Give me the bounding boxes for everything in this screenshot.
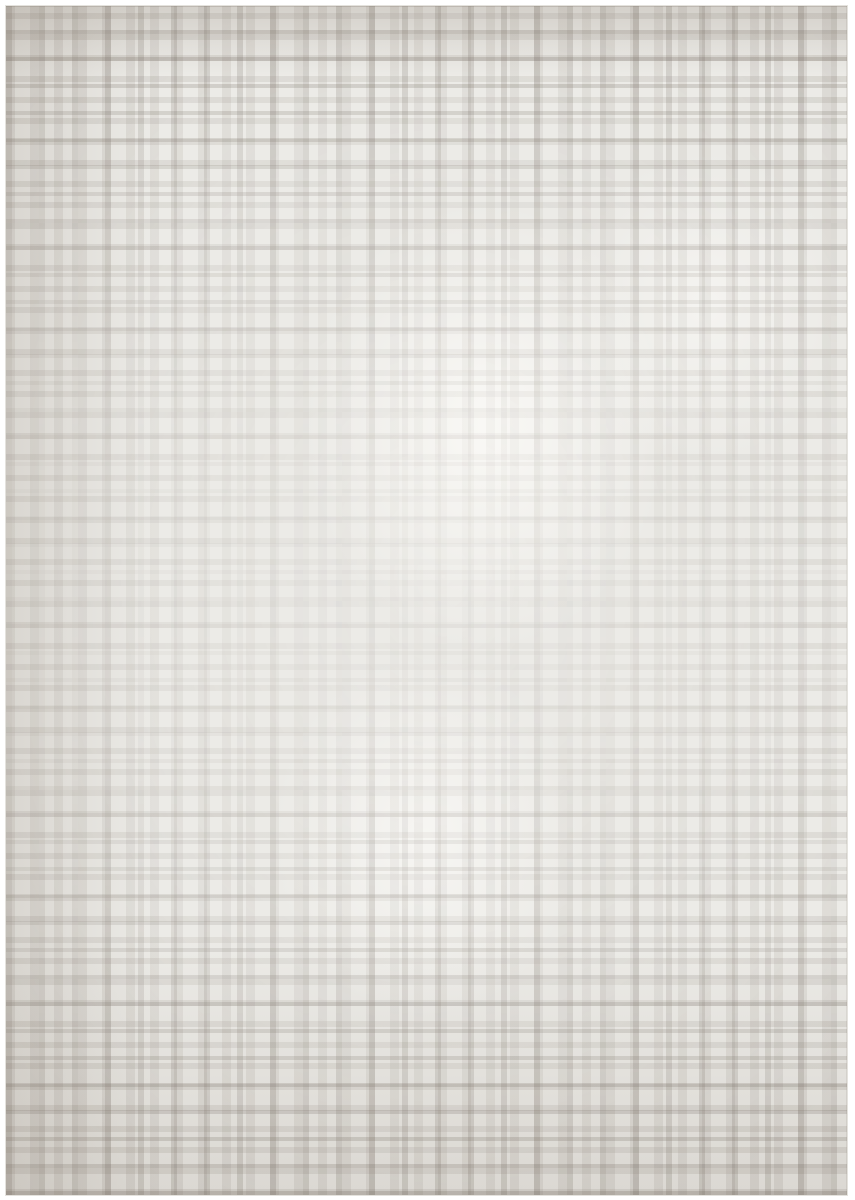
bottom-shading — [6, 935, 847, 1195]
rug-photo: Ivory and grey abstract distressed rug — [6, 6, 847, 1195]
